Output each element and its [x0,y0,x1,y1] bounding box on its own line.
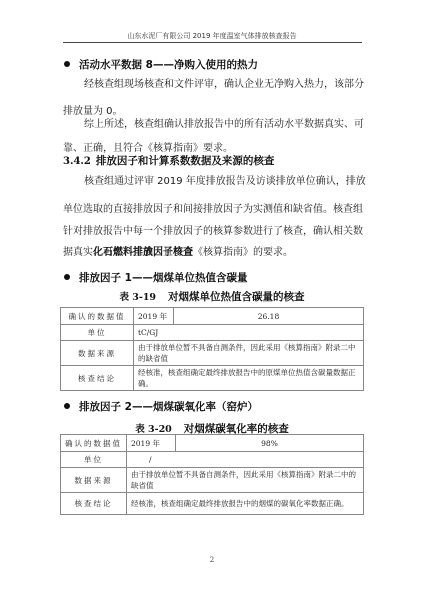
factor-2-heading-text: 排放因子 2——烟煤碳氧化率（窑炉） [79,401,258,413]
caption-title: 对烟煤单位热值含碳量的核查 [168,291,305,303]
cell-value: 98% [176,435,364,452]
overlapping-heading-text: 化石燃料排放因子核查 [93,243,193,258]
cell-conclusion: 经核准，核查组确定最终排放报告中的烟煤的碳氧化率数据正确。 [127,493,364,515]
activity-8-para2-line2: 靠、正确，且符合《核算指南》要求。 [63,139,233,154]
cell-data-source: 由于排放单位暂不具备自测条件，因此采用《核算指南》附录二中的缺省值 [134,341,364,366]
label-data-source: 数据来源 [61,341,134,366]
factor-1-heading-text: 排放因子 1——烟煤单位热值含碳量 [79,272,247,284]
bullet-icon [64,61,70,67]
table-row: 数据来源 由于排放单位暂不具备自测条件，因此采用《核算指南》附录二中的缺省值 [61,341,364,366]
header-divider [63,42,362,43]
table-row: 核查结论 经核准，核查组确定最终排放报告中的烟煤的碳氧化率数据正确。 [61,493,364,515]
activity-8-para2-line1: 综上所述，核查组确认排放报告中的所有活动水平数据真实、可 [84,115,362,130]
label-unit: 单位 [61,452,127,468]
label-unit: 单位 [61,325,134,341]
cell-data-source: 由于排放单位暂不具备自测条件，因此采用《核算指南》附录二中的缺省值 [127,468,364,493]
bullet-icon [64,274,70,280]
factor-2-heading: 排放因子 2——烟煤碳氧化率（窑炉） [64,399,258,414]
cell-year: 2019 年 [134,308,174,325]
section-3-4-2-heading: 3.4.2排放因子和计算系数数据及来源的核查 [63,153,274,168]
factor-1-heading: 排放因子 1——烟煤单位热值含碳量 [64,270,247,285]
section-3-4-2-line1: 核查组通过评审 2019 年度排放报告及访谈排放单位确认，排放 [84,172,362,187]
table-row: 单位 / [61,452,364,468]
section-3-4-2-line2: 单位选取的直接排放因子和间接排放因子为实测值和缺省值。核查组 [63,200,362,215]
page-header-title: 山东水泥厂有限公司 2019 年度温室气体排放核查报告 [0,31,424,41]
activity-8-heading: 活动水平数据 8——净购入使用的热力 [64,57,258,72]
bullet-icon [64,403,70,409]
label-confirmed-value: 确认的数据值 [61,435,127,452]
label-confirmed-value: 确认的数据值 [61,308,134,325]
section-number: 3.4.2 [63,156,91,167]
label-conclusion: 核查结论 [61,366,134,391]
table-3-19: 确认的数据值 2019 年 26.18 单位 tC/GJ 数据来源 由于排放单位… [60,307,364,391]
activity-8-para1-line1: 经核查组现场核查和文件评审，确认企业无净购入热力，该部分 [84,75,362,90]
table-3-19-caption: 表 3-19对烟煤单位热值含碳量的核查 [0,289,424,304]
table-row: 单位 tC/GJ [61,325,364,341]
table-row: 确认的数据值 2019 年 26.18 [61,308,364,325]
table-row: 数据来源 由于排放单位暂不具备自测条件，因此采用《核算指南》附录二中的缺省值 [61,468,364,493]
cell-value: 26.18 [174,308,364,325]
cell-conclusion: 经核准，核查组确定最终排放报告中的原煤单位热值含碳量数据正确。 [134,366,364,391]
page-number: 2 [0,556,424,564]
table-row: 核查结论 经核准，核查组确定最终排放报告中的原煤单位热值含碳量数据正确。 [61,366,364,391]
section-3-4-2-line3: 针对排放报告中每一个排放因子的核算参数进行了核查，确认相关数 [63,222,362,237]
label-data-source: 数据来源 [61,468,127,493]
activity-8-heading-text: 活动水平数据 8——净购入使用的热力 [79,59,258,71]
cell-unit: / [127,452,364,468]
table-row: 确认的数据值 2019 年 98% [61,435,364,452]
label-conclusion: 核查结论 [61,493,127,515]
caption-number: 表 3-19 [119,292,156,303]
section-title: 排放因子和计算系数数据及来源的核查 [96,155,275,167]
cell-unit: tC/GJ [134,325,364,341]
cell-year: 2019 年 [127,435,176,452]
table-3-20: 确认的数据值 2019 年 98% 单位 / 数据来源 由于排放单位暂不具备自测… [60,434,364,515]
